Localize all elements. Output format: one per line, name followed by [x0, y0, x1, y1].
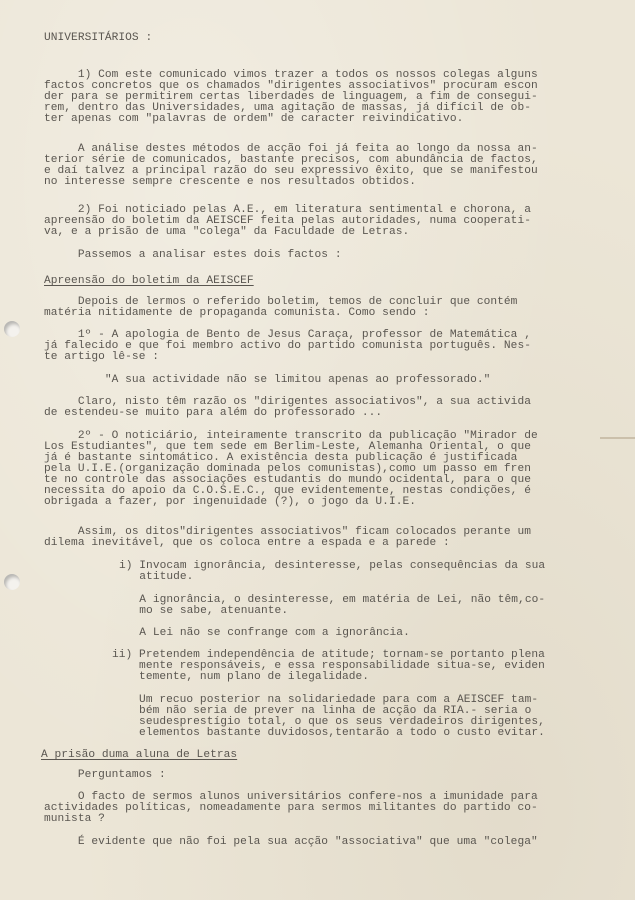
text-line: actividades políticas, nomeadamente para…: [44, 803, 538, 814]
text-line: temente, num plano de ilegalidade.: [112, 672, 369, 683]
text-line: matéria nitidamente de propaganda comuni…: [44, 308, 430, 319]
text-line: te artigo lê-se :: [44, 352, 159, 363]
text-line: atitude.: [119, 572, 193, 583]
quote-line: "A sua actividade não se limitou apenas …: [44, 375, 490, 386]
paragraph-4: Passemos a analisar estes dois factos :: [44, 250, 342, 261]
punch-hole-top: [4, 321, 20, 337]
text-line: dilema inevitável, que os coloca entre a…: [44, 538, 450, 549]
section2-paragraph-1: Perguntamos :: [44, 770, 166, 781]
section2-paragraph-3: É evidente que não foi pela sua acção "a…: [44, 837, 538, 848]
text-line: no interesse sempre crescente e nos resu…: [44, 177, 416, 188]
section-heading-prisao: A prisão duma aluna de Letras: [41, 750, 237, 761]
text-line: ter apenas com "palavras de ordem" de ca…: [44, 114, 463, 125]
text-line: obrigada a fazer, por ingenuidade (?), o…: [44, 497, 416, 508]
text-line: mo se sabe, atenuante.: [119, 606, 288, 617]
paper-crease: [600, 437, 635, 439]
text-line: A Lei não se confrange com a ignorância.: [119, 628, 410, 639]
document-title: UNIVERSITÁRIOS :: [44, 33, 152, 44]
text-line: va, e a prisão de uma "colega" da Faculd…: [44, 227, 409, 238]
section-heading-apreensao: Apreensão do boletim da AEISCEF: [44, 276, 254, 287]
text-line: elementos bastante duvidosos,tentarão a …: [112, 728, 545, 739]
punch-hole-bottom: [4, 574, 20, 590]
text-line: de estendeu-se muito para além do profes…: [44, 408, 382, 419]
text-line: munista ?: [44, 814, 105, 825]
document-page: UNIVERSITÁRIOS : 1) Com este comunicado …: [0, 0, 635, 900]
